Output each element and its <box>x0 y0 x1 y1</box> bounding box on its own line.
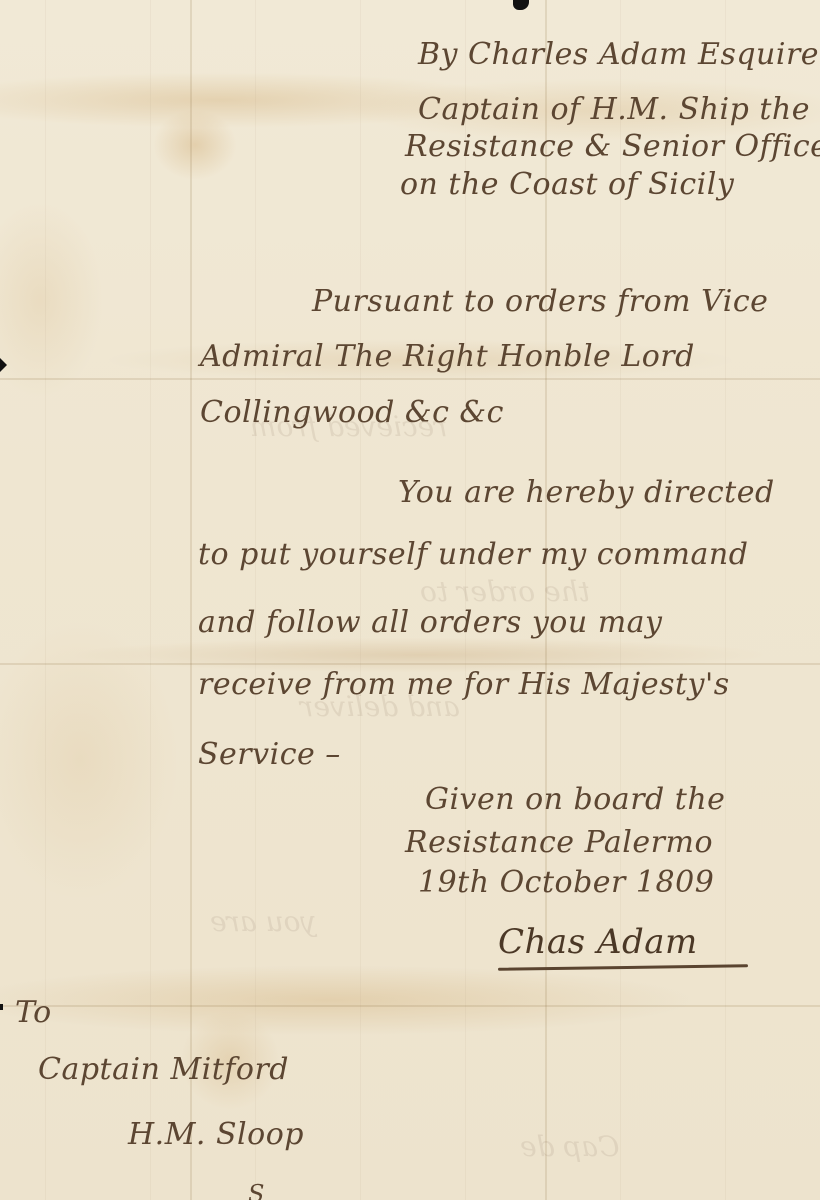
closing-line: 19th October 1809 <box>418 868 714 898</box>
body-line: Service – <box>198 740 341 770</box>
body-line: You are hereby directed <box>398 478 775 508</box>
body-line: to put yourself under my command <box>198 540 748 570</box>
heading-line: on the Coast of Sicily <box>400 170 734 200</box>
closing-line: Resistance Palermo <box>405 828 713 858</box>
addressee-to: To <box>15 998 52 1028</box>
letter-page: recieved from the order to and deliver y… <box>0 0 820 1200</box>
paper-chain-line <box>150 0 151 1200</box>
horizontal-fold-line <box>0 378 820 380</box>
bleed-through-text: you are <box>210 905 316 938</box>
addressee-vessel: H.M. Sloop <box>128 1120 304 1150</box>
addressee-name: Captain Mitford <box>38 1055 289 1085</box>
horizontal-fold-line <box>0 663 820 665</box>
body-line: receive from me for His Majesty's <box>198 670 730 700</box>
signature: Chas Adam <box>498 925 698 959</box>
paper-chain-line <box>360 0 361 1200</box>
body-line: Admiral The Right Honble Lord <box>200 342 695 372</box>
heading-line: Captain of H.M. Ship the <box>418 95 810 125</box>
paper-tear-hole <box>513 0 529 10</box>
body-line: Pursuant to orders from Vice <box>312 287 768 317</box>
paper-edge-nick <box>0 1004 3 1010</box>
bleed-through-text: the order to <box>420 575 590 608</box>
heading-line: By Charles Adam Esquire <box>418 40 819 70</box>
signature-underline <box>498 964 748 970</box>
body-line: Collingwood &c &c <box>200 398 504 428</box>
heading-line: Resistance & Senior Officer <box>405 132 820 162</box>
vertical-fold-line <box>190 0 192 1200</box>
body-line: and follow all orders you may <box>198 608 662 638</box>
addressee-trailing-mark: S <box>248 1182 265 1200</box>
paper-chain-line <box>255 0 256 1200</box>
bleed-through-text: Cap de <box>520 1130 619 1163</box>
paper-edge-nick <box>0 358 7 372</box>
closing-line: Given on board the <box>425 785 725 815</box>
horizontal-fold-line <box>0 1005 820 1007</box>
